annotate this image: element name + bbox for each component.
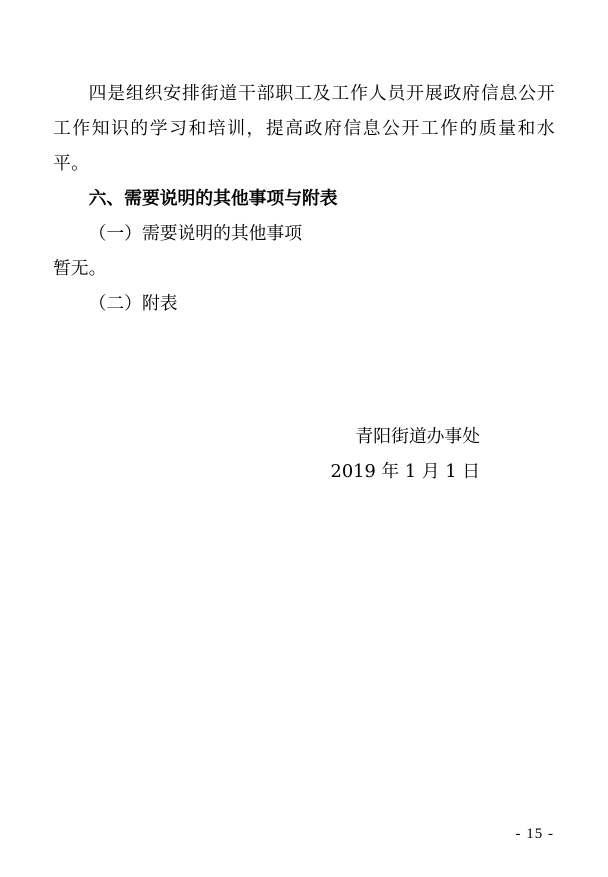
document-content: 四是组织安排街道干部职工及工作人员开展政府信息公开工作知识的学习和培训，提高政府… <box>0 0 608 489</box>
subsection-2-heading: （二）附表 <box>53 286 555 321</box>
date-line: 2019 年 1 月 1 日 <box>53 454 480 489</box>
section-heading: 六、需要说明的其他事项与附表 <box>53 181 555 216</box>
page-number: - 15 - <box>516 826 555 843</box>
subsection-1-heading: （一）需要说明的其他事项 <box>53 216 555 251</box>
signature-block: 青阳街道办事处 2019 年 1 月 1 日 <box>53 419 555 489</box>
signature-line: 青阳街道办事处 <box>53 419 480 454</box>
subsection-1-body: 暂无。 <box>53 251 555 286</box>
document-page: 四是组织安排街道干部职工及工作人员开展政府信息公开工作知识的学习和培训，提高政府… <box>0 0 608 877</box>
body-paragraph: 四是组织安排街道干部职工及工作人员开展政府信息公开工作知识的学习和培训，提高政府… <box>53 76 555 181</box>
